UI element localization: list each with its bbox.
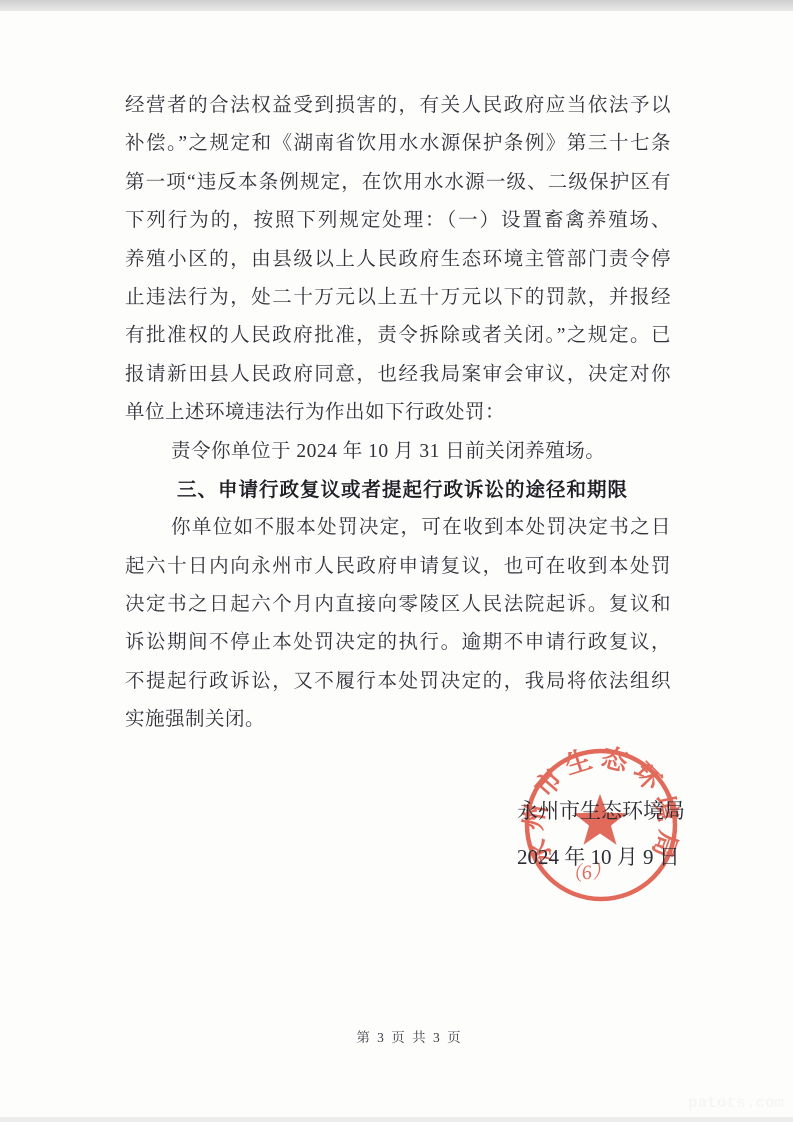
document-body: 经营者的合法权益受到损害的，有关人民政府应当依法予以 补偿。”之规定和《湖南省饮… xyxy=(125,87,671,740)
body-line: 第一项“违反本条例规定，在饮用水水源一级、二级保护区有 xyxy=(125,164,671,202)
scan-edge-bottom xyxy=(0,1117,793,1122)
scan-edge-top xyxy=(0,0,793,11)
body-line: 单位上述环境违法行为作出如下行政处罚： xyxy=(125,394,671,432)
document-page: 经营者的合法权益受到损害的，有关人民政府应当依法予以 补偿。”之规定和《湖南省饮… xyxy=(0,0,793,1122)
body-line: 你单位如不服本处罚决定，可在收到本处罚决定书之日 xyxy=(125,509,671,547)
body-line: 下列行为的，按照下列规定处理：（一）设置畜禽养殖场、 xyxy=(125,202,671,240)
section-heading: 三、申请行政复议或者提起行政诉讼的途径和期限 xyxy=(125,471,671,509)
watermark: patots.com xyxy=(688,1094,784,1112)
signature-block: 永州市生态环境局 2024 年 10 月 9 日 xyxy=(517,788,685,880)
body-line: 有批准权的人民政府批准，责令拆除或者关闭。”之规定。已 xyxy=(125,317,671,355)
penalty-decision-line: 责令你单位于 2024 年 10 月 31 日前关闭养殖场。 xyxy=(125,433,671,471)
body-line: 实施强制关闭。 xyxy=(125,701,671,739)
issue-date: 2024 年 10 月 9 日 xyxy=(517,834,685,880)
body-line: 不提起行政诉讼，又不履行本处罚决定的，我局将依法组织 xyxy=(125,663,671,701)
body-line: 补偿。”之规定和《湖南省饮用水水源保护条例》第三十七条 xyxy=(125,125,671,163)
body-line: 决定书之日起六个月内直接向零陵区人民法院起诉。复议和 xyxy=(125,586,671,624)
body-line: 养殖小区的，由县级以上人民政府生态环境主管部门责令停 xyxy=(125,241,671,279)
body-line: 起六十日内向永州市人民政府申请复议，也可在收到本处罚 xyxy=(125,548,671,586)
issuing-agency: 永州市生态环境局 xyxy=(517,788,685,834)
body-line: 止违法行为，处二十万元以上五十万元以下的罚款，并报经 xyxy=(125,279,671,317)
page-number: 第 3 页 共 3 页 xyxy=(0,1026,793,1046)
body-line: 诉讼期间不停止本处罚决定的执行。逾期不申请行政复议， xyxy=(125,624,671,662)
body-line: 报请新田县人民政府同意，也经我局案审会审议，决定对你 xyxy=(125,356,671,394)
body-line: 经营者的合法权益受到损害的，有关人民政府应当依法予以 xyxy=(125,87,671,125)
